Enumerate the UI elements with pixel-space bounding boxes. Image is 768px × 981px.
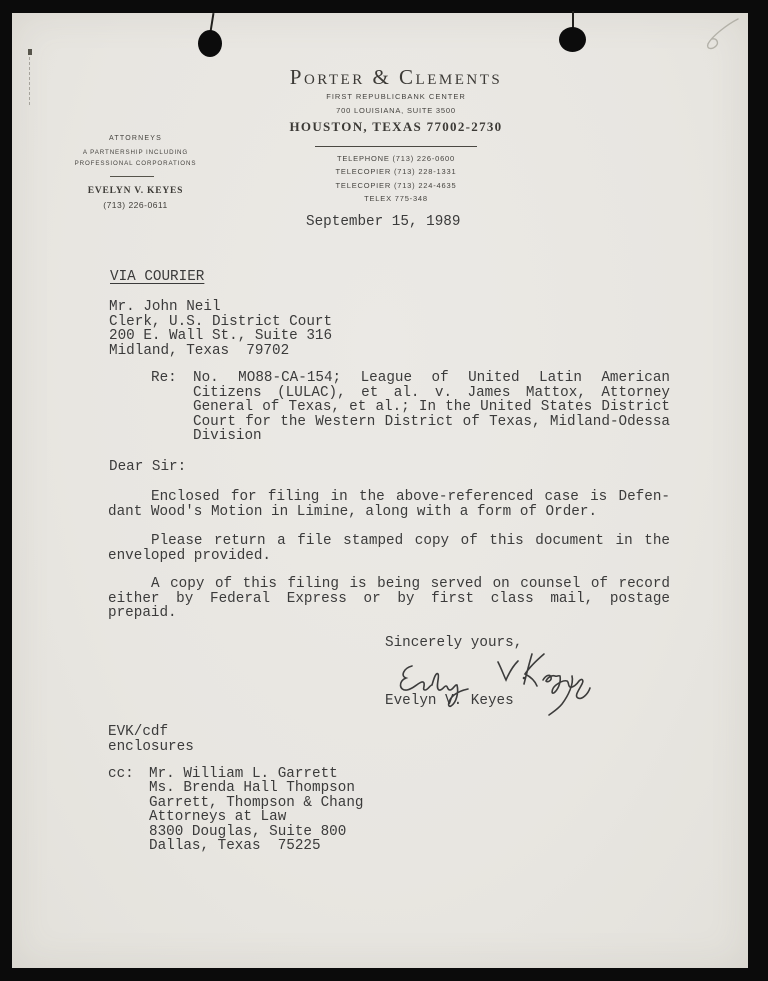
- firm-contact-list: TELEPHONE (713) 226-0600TELECOPIER (713)…: [246, 152, 546, 205]
- firm-name: Porter & Clements: [246, 67, 546, 88]
- text-line: Division: [193, 429, 670, 444]
- text-line: Attorneys at Law: [149, 810, 364, 824]
- scanned-letter-page: Porter & Clements FIRST REPUBLICBANK CEN…: [0, 0, 768, 981]
- partnership-line-1: A PARTNERSHIP INCLUDING: [63, 150, 208, 156]
- letterhead-divider: [315, 146, 477, 147]
- typed-signature-name: Evelyn V. Keyes: [385, 694, 514, 709]
- text-line: TELEX 775-348: [246, 192, 546, 205]
- hole-punch-right-icon: [559, 27, 586, 52]
- text-line: Midland, Texas 79702: [109, 344, 332, 359]
- text-line: Clerk, U.S. District Court: [109, 315, 332, 330]
- text-line: Court for the Western District of Texas,…: [193, 415, 670, 430]
- attorneys-divider: [110, 176, 154, 177]
- text-line: Mr. John Neil: [109, 300, 332, 315]
- recipient-address: Mr. John NeilClerk, U.S. District Court2…: [109, 300, 332, 358]
- text-line: Ms. Brenda Hall Thompson: [149, 781, 364, 795]
- text-line: dant Wood's Motion in Limine, along with…: [108, 505, 670, 520]
- attorney-phone: (713) 226-0611: [63, 201, 208, 210]
- re-subject-block: No. MO88-CA-154; League of United Latin …: [193, 371, 670, 444]
- text-line: 8300 Douglas, Suite 800: [149, 825, 364, 839]
- text-line: 200 E. Wall St., Suite 316: [109, 329, 332, 344]
- delivery-method: VIA COURIER: [110, 270, 204, 285]
- cc-recipient-list: Mr. William L. GarrettMs. Brenda Hall Th…: [149, 767, 364, 853]
- pencil-mark-icon: [698, 16, 744, 56]
- text-line: No. MO88-CA-154; League of United Latin …: [193, 371, 670, 386]
- attorneys-heading: ATTORNEYS: [63, 135, 208, 142]
- text-line: prepaid.: [108, 606, 670, 621]
- firm-street: 700 LOUISIANA, SUITE 3500: [246, 107, 546, 115]
- text-line: TELECOPIER (713) 228-1331: [246, 165, 546, 178]
- text-line: Enclosed for filing in the above-referen…: [108, 490, 670, 505]
- text-line: Garrett, Thompson & Chang: [149, 796, 364, 810]
- body-paragraph: Enclosed for filing in the above-referen…: [108, 490, 670, 519]
- text-line: either by Federal Express or by first cl…: [108, 592, 670, 607]
- body-paragraph: A copy of this filing is being served on…: [108, 577, 670, 621]
- reference-initials: EVK/cdf: [108, 725, 194, 740]
- scan-artifact-line: [29, 57, 30, 105]
- text-line: TELEPHONE (713) 226-0600: [246, 152, 546, 165]
- scan-artifact-mark: [28, 49, 32, 55]
- reference-initials-block: EVK/cdf enclosures: [108, 725, 194, 754]
- text-line: A copy of this filing is being served on…: [108, 577, 670, 592]
- body-paragraph: Please return a file stamped copy of thi…: [108, 534, 670, 563]
- text-line: Citizens (LULAC), et al. v. James Mattox…: [193, 386, 670, 401]
- partnership-line-2: PROFESSIONAL CORPORATIONS: [63, 161, 208, 167]
- text-line: TELECOPIER (713) 224-4635: [246, 179, 546, 192]
- hole-punch-left-icon: [198, 30, 222, 57]
- salutation: Dear Sir:: [109, 460, 186, 475]
- firm-city-line: HOUSTON, TEXAS 77002-2730: [246, 120, 546, 133]
- text-line: Please return a file stamped copy of thi…: [108, 534, 670, 549]
- text-line: Mr. William L. Garrett: [149, 767, 364, 781]
- enclosures-note: enclosures: [108, 740, 194, 755]
- firm-building: FIRST REPUBLICBANK CENTER: [246, 93, 546, 101]
- cc-label: cc:: [108, 767, 134, 782]
- text-line: General of Texas, et al.; In the United …: [193, 400, 670, 415]
- text-line: enveloped provided.: [108, 549, 670, 564]
- attorney-name: EVELYN V. KEYES: [63, 187, 208, 197]
- text-line: Dallas, Texas 75225: [149, 839, 364, 853]
- re-label: Re:: [151, 371, 177, 386]
- letter-date: September 15, 1989: [306, 215, 460, 230]
